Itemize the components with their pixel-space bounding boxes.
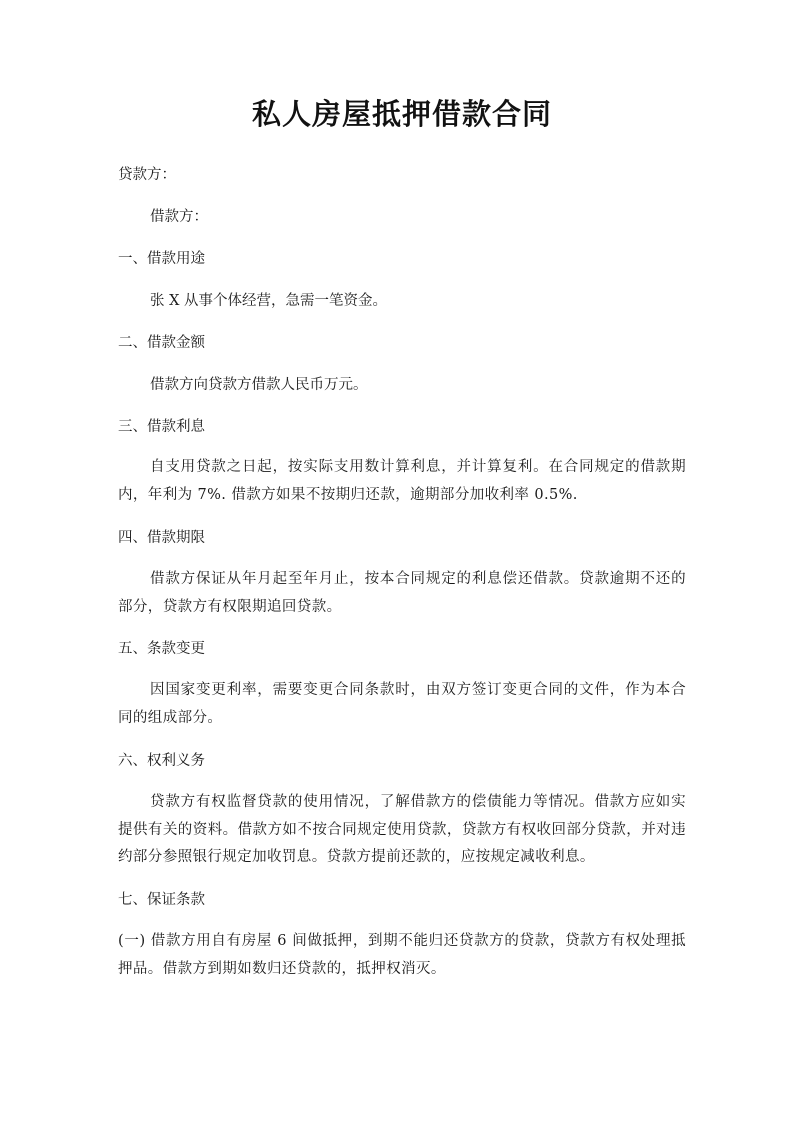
document-title: 私人房屋抵押借款合同 [118, 94, 686, 134]
section-body-interest: 自支用贷款之日起，按实际支用数计算利息，并计算复利。在合同规定的借款期内，年利为… [118, 454, 686, 509]
section-heading-guarantee: 七、保证条款 [118, 887, 686, 914]
section-body-purpose: 张 X 从事个体经营，急需一笔资金。 [118, 288, 718, 315]
section-body-amount: 借款方向贷款方借款人民币万元。 [118, 372, 718, 399]
section-body-rights: 贷款方有权监督贷款的使用情况，了解借款方的偿债能力等情况。借款方应如实提供有关的… [118, 789, 686, 872]
section-heading-term: 四、借款期限 [118, 525, 686, 552]
lender-label: 贷款方： [118, 162, 686, 189]
section-body-term: 借款方保证从年月起至年月止，按本合同规定的利息偿还借款。贷款逾期不还的部分，贷款… [118, 566, 686, 621]
section-body-amendment: 因国家变更利率，需要变更合同条款时，由双方签订变更合同的文件，作为本合同的组成部… [118, 677, 686, 732]
section-body-guarantee: (一) 借款方用自有房屋 6 间做抵押，到期不能归还贷款方的贷款，贷款方有权处理… [118, 928, 686, 983]
section-heading-amendment: 五、条款变更 [118, 636, 686, 663]
section-heading-rights: 六、权利义务 [118, 748, 686, 775]
section-heading-purpose: 一、借款用途 [118, 246, 686, 273]
section-heading-amount: 二、借款金额 [118, 330, 686, 357]
section-heading-interest: 三、借款利息 [118, 414, 686, 441]
borrower-label: 借款方： [118, 204, 718, 231]
